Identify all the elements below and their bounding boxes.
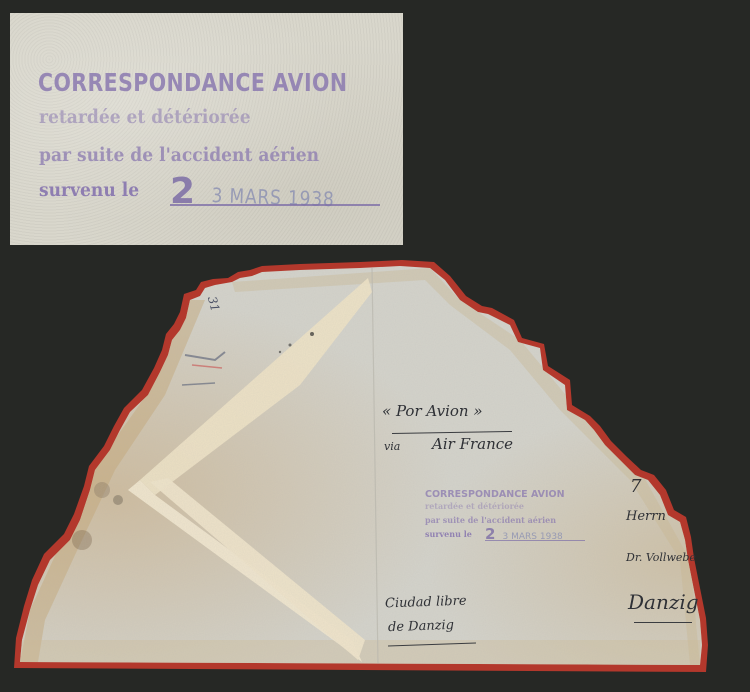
envelope-cachet-title: CORRESPONDANCE AVION xyxy=(425,490,565,500)
routing-carrier: Air France xyxy=(432,437,513,452)
envelope-cachet-line-3: survenu le xyxy=(425,530,472,538)
envelope-shape xyxy=(0,0,750,692)
addressee-mark: 7 xyxy=(630,478,641,496)
addressee-city: Danzig xyxy=(628,592,699,612)
addressee-salutation: Herrn xyxy=(626,510,666,523)
envelope-cachet-date: 2 3 MARS 1938 xyxy=(485,524,563,543)
origin-line-1: Ciudad libre xyxy=(385,595,467,611)
envelope-cachet: CORRESPONDANCE AVION retardée et détério… xyxy=(425,490,595,550)
routing-via-label: via xyxy=(384,441,400,452)
envelope-cachet-line-2: par suite de l'accident aérien xyxy=(425,516,556,524)
photo-stage: CORRESPONDANCE AVION retardée et détério… xyxy=(0,0,750,692)
routing-por-avion: « Por Avion » xyxy=(382,404,483,419)
origin-line-2: de Danzig xyxy=(388,619,454,634)
envelope-cachet-date-rule xyxy=(485,540,585,541)
addressee-underline xyxy=(634,622,692,623)
addressee-name: Dr. Vollwebe xyxy=(626,552,696,563)
envelope-cachet-line-1: retardée et détériorée xyxy=(425,502,524,510)
pencil-number-note: 31 xyxy=(206,295,222,313)
envelope-fragment: 31 « Por Avion » via Air France CORRESPO… xyxy=(0,0,750,692)
